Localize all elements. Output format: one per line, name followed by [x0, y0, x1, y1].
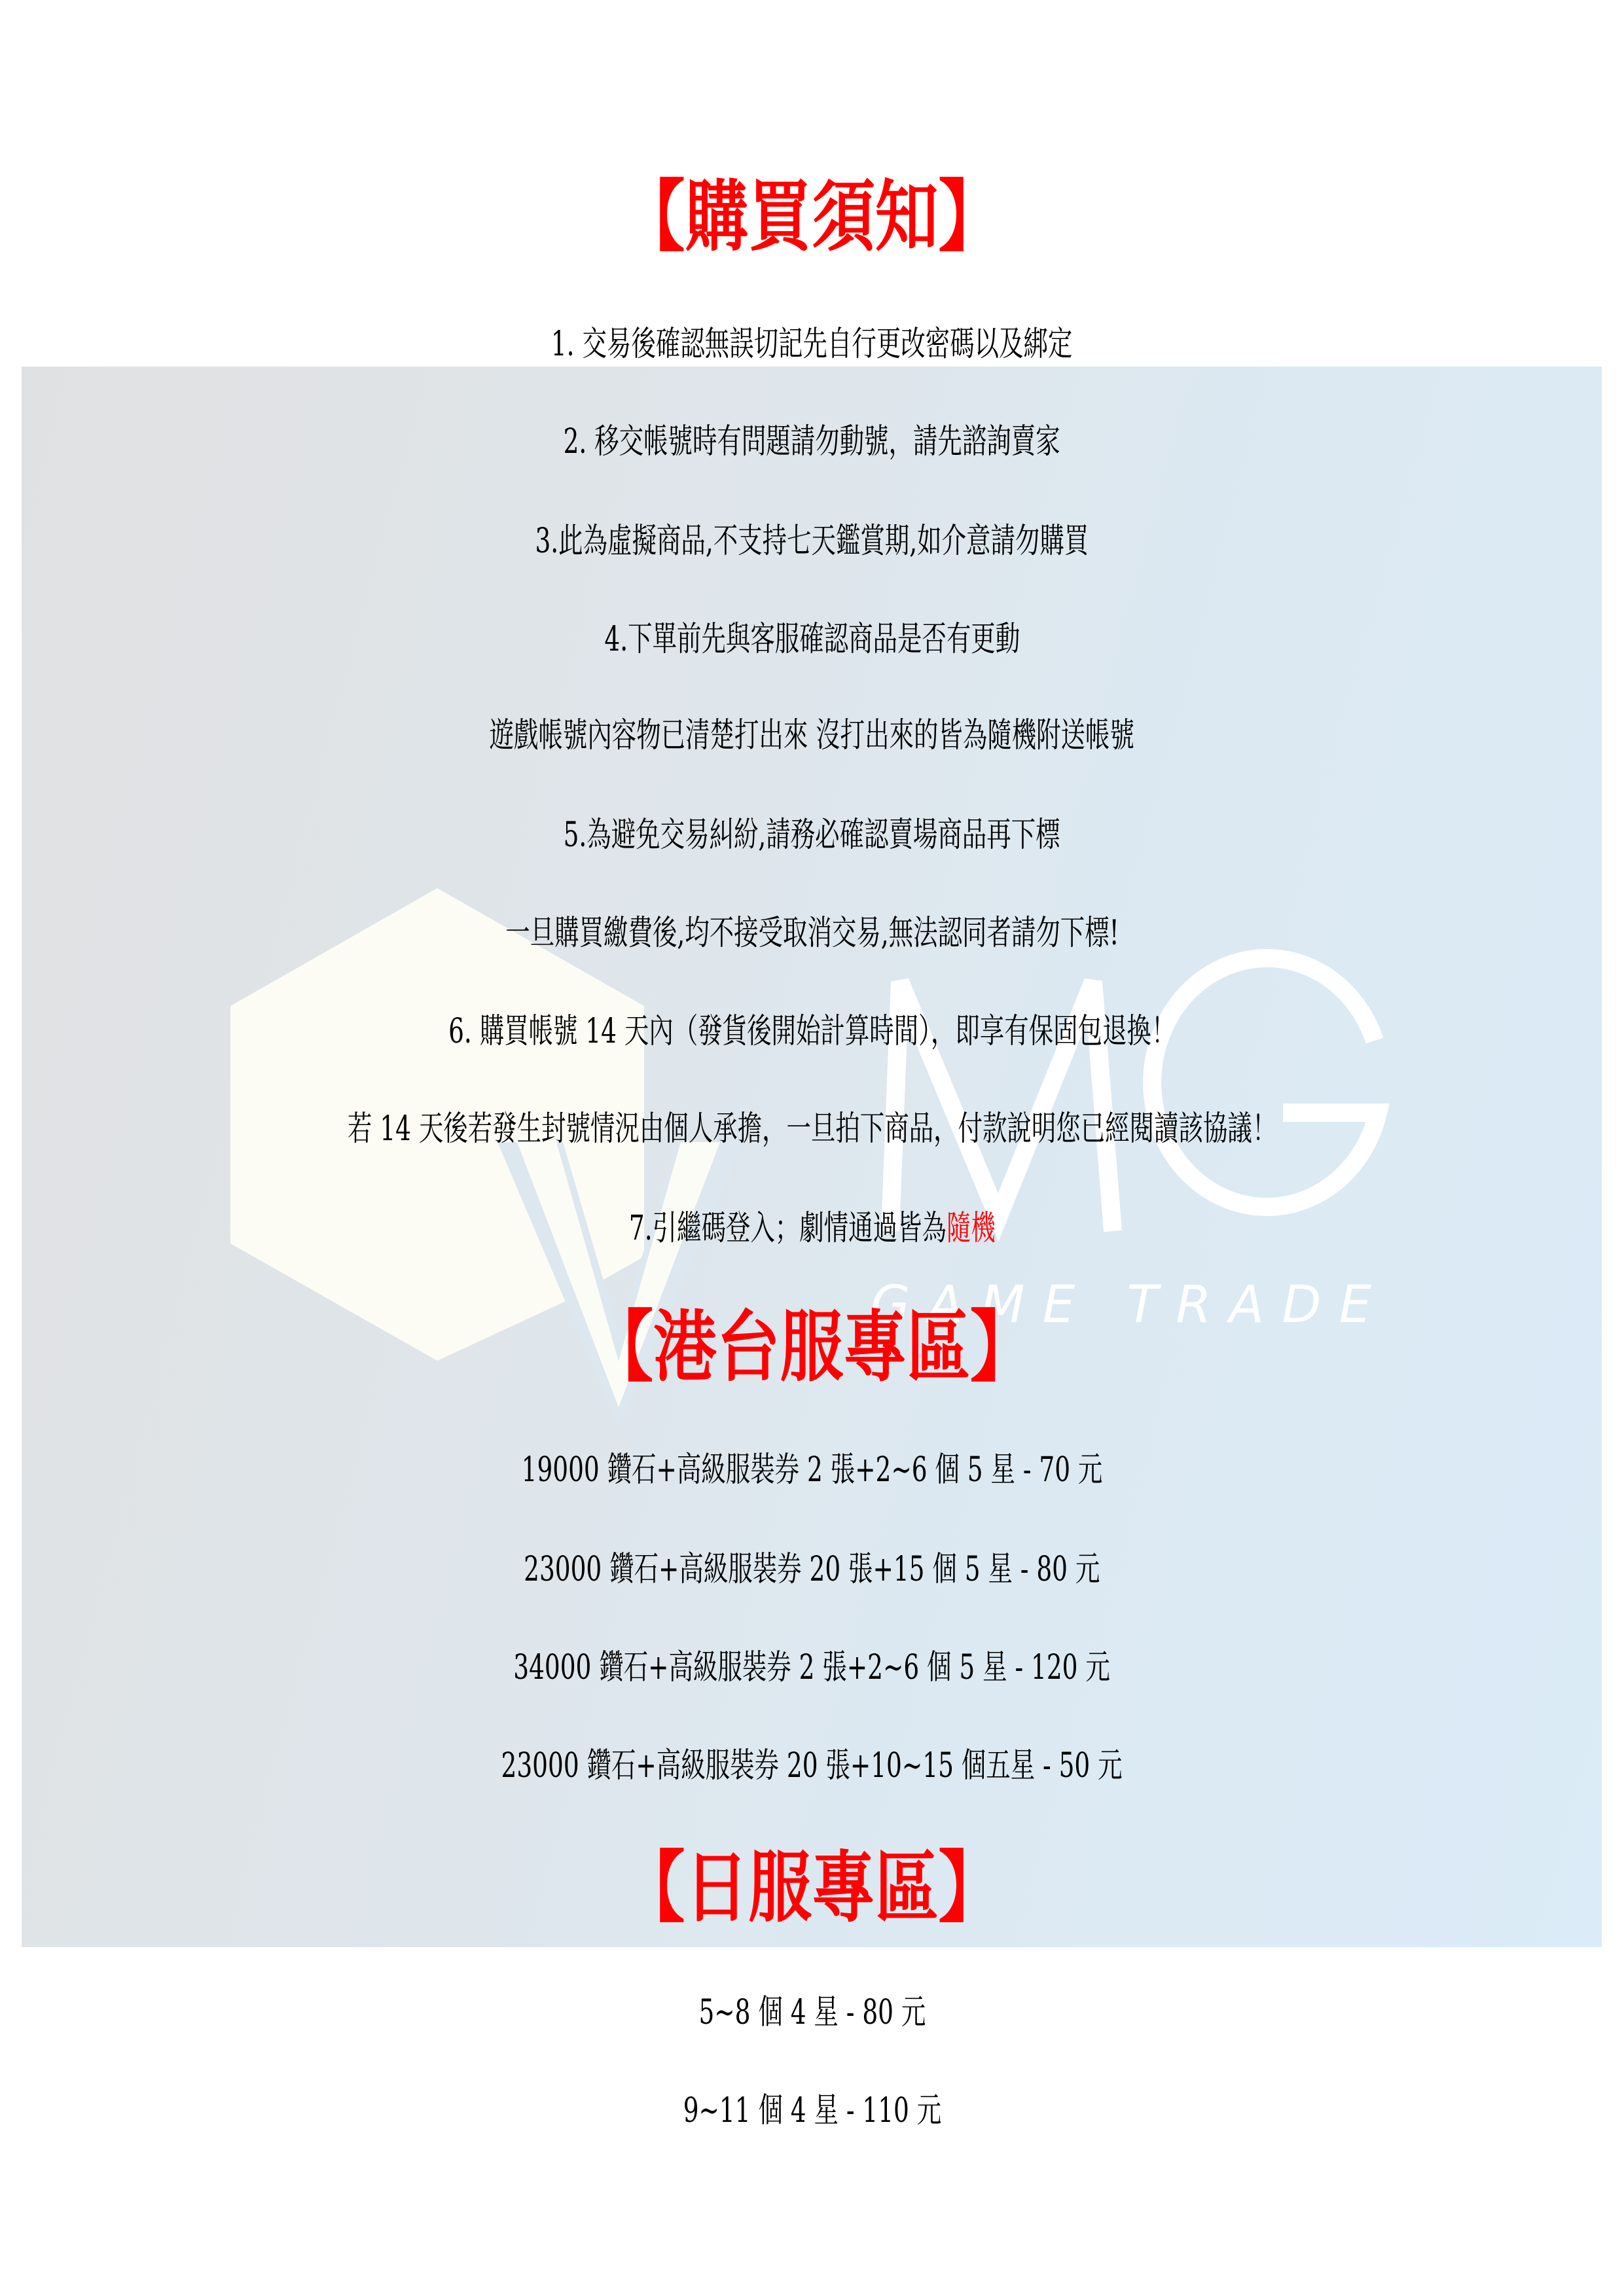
- notice-line-3: 3.此為虛擬商品,不支持七天鑑賞期,如介意請勿購買: [0, 522, 1624, 561]
- notice-line-5: 5.為避免交易糾紛,請務必確認賣場商品再下標: [0, 816, 1624, 855]
- notice-line-7: 7.引繼碼登入；劇情通過皆為隨機: [0, 1209, 1624, 1248]
- jp-item: 5~8 個 4 星 - 80 元: [0, 1993, 1624, 2032]
- price-item: 23000 鑽石+高級服裝券 20 張+15 個 5 星 - 80 元: [524, 1550, 1100, 1589]
- notice-text-line7: 7.引繼碼登入；劇情通過皆為隨機: [629, 1209, 996, 1248]
- notice-line-4b: 遊戲帳號內容物已清楚打出來 沒打出來的皆為隨機附送帳號: [0, 716, 1624, 755]
- notice-line-2: 2. 移交帳號時有問題請勿動號，請先諮詢賣家: [0, 422, 1624, 461]
- price-item: 19000 鑽石+高級服裝券 2 張+2~6 個 5 星 - 70 元: [522, 1450, 1103, 1490]
- hk-tw-item: 19000 鑽石+高級服裝券 2 張+2~6 個 5 星 - 70 元: [0, 1450, 1624, 1490]
- hk-tw-section-title: 【港台服專區】: [590, 1304, 1034, 1390]
- notice-line-5b: 一旦購買繳費後,均不接受取消交易,無法認同者請勿下標!: [0, 914, 1624, 953]
- line7-highlight: 隨機: [947, 1209, 996, 1248]
- notice-text: 2. 移交帳號時有問題請勿動號，請先諮詢賣家: [564, 422, 1060, 461]
- notice-text: 一旦購買繳費後,均不接受取消交易,無法認同者請勿下標!: [505, 914, 1119, 953]
- notice-text: 3.此為虛擬商品,不支持七天鑑賞期,如介意請勿購買: [535, 522, 1089, 561]
- price-item: 23000 鑽石+高級服裝券 20 張+10~15 個五星 - 50 元: [501, 1746, 1123, 1785]
- notice-title-row: 【購買須知】: [0, 174, 1624, 259]
- hk-tw-title-row: 【港台服專區】: [0, 1304, 1624, 1390]
- notice-line-4: 4.下單前先與客服確認商品是否有更動: [0, 620, 1624, 659]
- notice-title: 【購買須知】: [622, 174, 1002, 259]
- notice-text: 4.下單前先與客服確認商品是否有更動: [604, 620, 1020, 659]
- price-item: 9~11 個 4 星 - 110 元: [683, 2091, 941, 2130]
- price-item: 5~8 個 4 星 - 80 元: [698, 1993, 926, 2032]
- hk-tw-item: 23000 鑽石+高級服裝券 20 張+15 個 5 星 - 80 元: [0, 1550, 1624, 1589]
- notice-text: 5.為避免交易糾紛,請務必確認賣場商品再下標: [564, 816, 1060, 855]
- jp-section-title: 【日服專區】: [622, 1845, 1002, 1930]
- notice-line-6: 6. 購買帳號 14 天內（發貨後開始計算時間），即享有保固包退換！: [0, 1012, 1624, 1051]
- notice-line-1: 1. 交易後確認無誤切記先自行更改密碼以及綁定: [0, 325, 1624, 364]
- hk-tw-item: 23000 鑽石+高級服裝券 20 張+10~15 個五星 - 50 元: [0, 1746, 1624, 1785]
- notice-text: 6. 購買帳號 14 天內（發貨後開始計算時間），即享有保固包退換！: [448, 1012, 1176, 1051]
- notice-text: 1. 交易後確認無誤切記先自行更改密碼以及綁定: [551, 325, 1072, 364]
- background-band: [22, 367, 1602, 1947]
- notice-text: 若 14 天後若發生封號情況由個人承擔，一旦拍下商品，付款說明您已經閱讀該協議！: [348, 1109, 1276, 1149]
- jp-title-row: 【日服專區】: [0, 1845, 1624, 1930]
- hk-tw-item: 34000 鑽石+高級服裝券 2 張+2~6 個 5 星 - 120 元: [0, 1648, 1624, 1687]
- notice-text: 遊戲帳號內容物已清楚打出來 沒打出來的皆為隨機附送帳號: [490, 716, 1134, 755]
- notice-line-6b: 若 14 天後若發生封號情況由個人承擔，一旦拍下商品，付款說明您已經閱讀該協議！: [0, 1109, 1624, 1149]
- jp-item: 9~11 個 4 星 - 110 元: [0, 2091, 1624, 2130]
- line7-prefix: 7.引繼碼登入；劇情通過皆為: [629, 1209, 947, 1248]
- price-item: 34000 鑽石+高級服裝券 2 張+2~6 個 5 星 - 120 元: [514, 1648, 1111, 1687]
